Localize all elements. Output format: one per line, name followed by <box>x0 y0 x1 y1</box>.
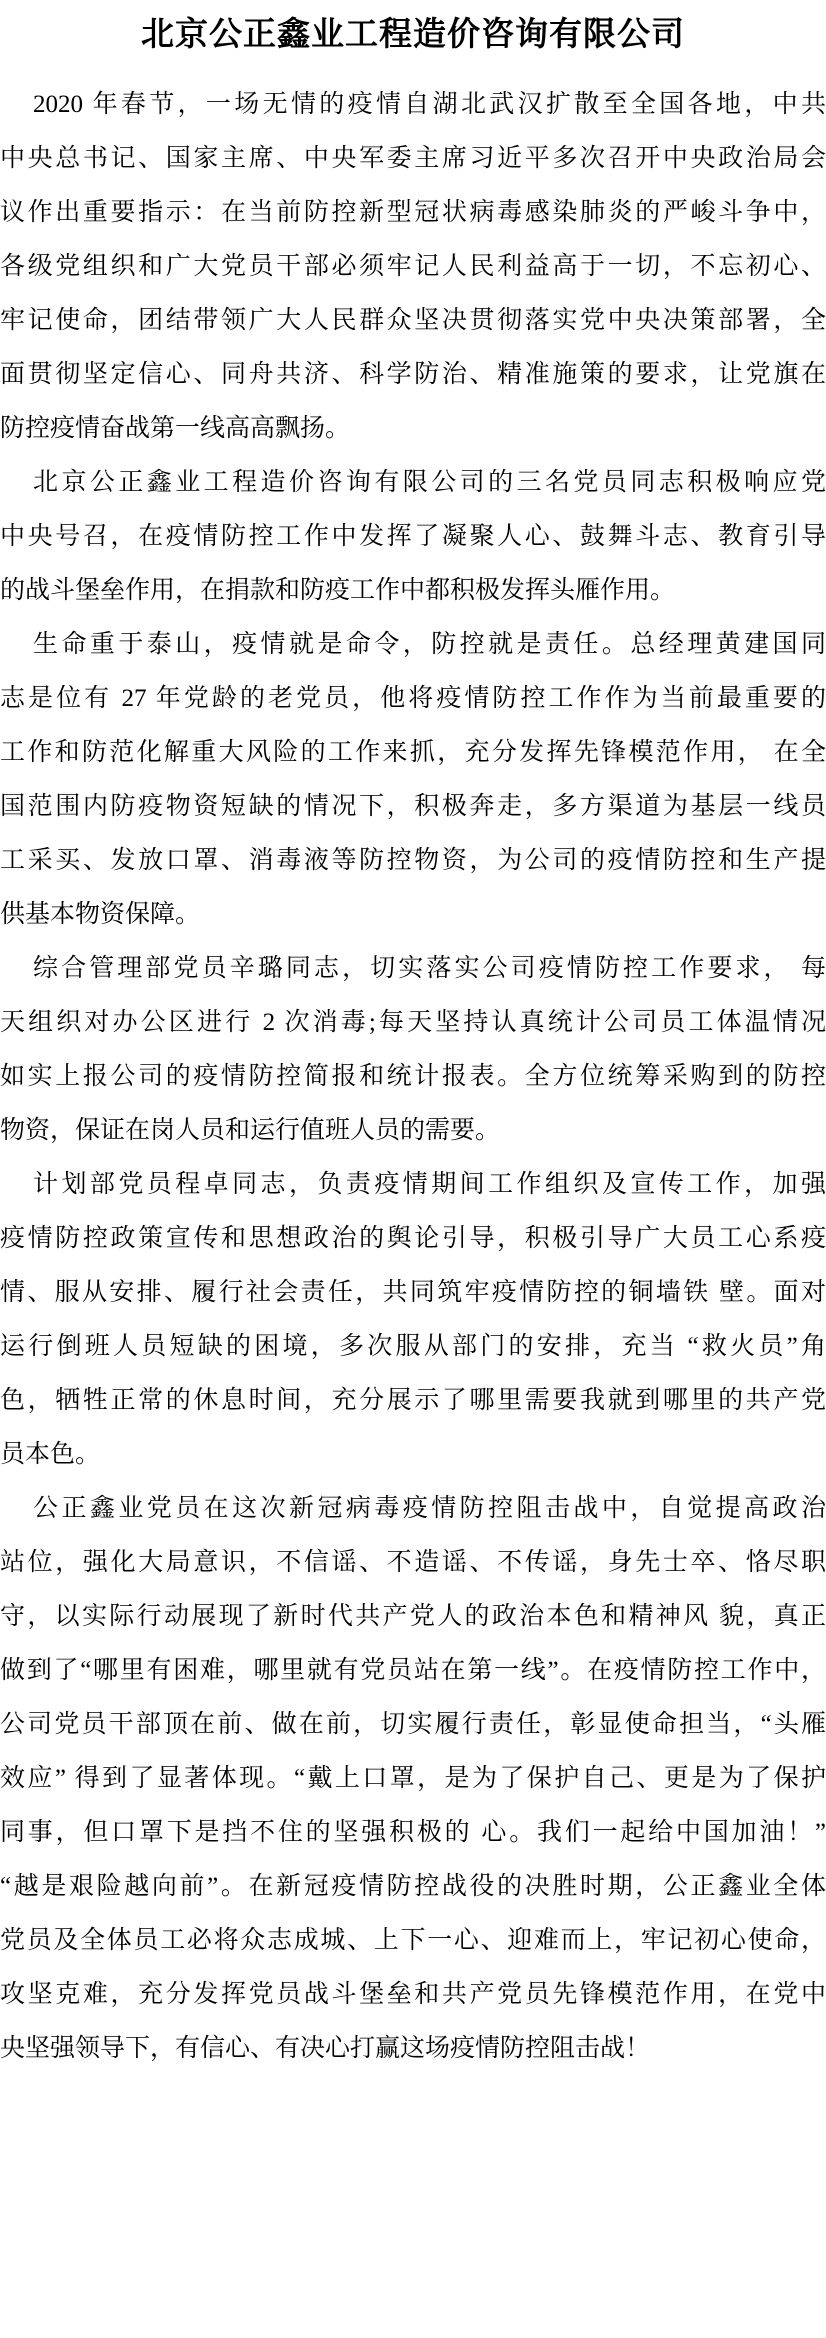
text-line: 的战斗堡垒作用，在捐款和防疫工作中都积极发挥头雁作用。 <box>0 564 826 618</box>
text-line: 疫情防控政策宣传和思想政治的舆论引导，积极引导广大员工心系疫 <box>0 1212 826 1266</box>
text-line: 综合管理部党员辛璐同志，切实落实公司疫情防控工作要求， 每 <box>0 942 826 996</box>
text-line: 党员及全体员工必将众志成城、上下一心、迎难而上，牢记初心使命， <box>0 1914 826 1968</box>
text-line: 志是位有 27 年党龄的老党员，他将疫情防控工作作为当前最重要的 <box>0 672 826 726</box>
text-line: 公司党员干部顶在前、做在前，切实履行责任，彰显使命担当，“头雁 <box>0 1698 826 1752</box>
text-line: 议作出重要指示：在当前防控新型冠状病毒感染肺炎的严峻斗争中， <box>0 186 826 240</box>
text-line: 北京公正鑫业工程造价咨询有限公司的三名党员同志积极响应党 <box>0 456 826 510</box>
text-line: 情、服从安排、履行社会责任，共同筑牢疫情防控的铜墙铁 壁。面对 <box>0 1266 826 1320</box>
text-line: 工作和防范化解重大风险的工作来抓，充分发挥先锋模范作用， 在全 <box>0 726 826 780</box>
text-line: 供基本物资保障。 <box>0 888 826 942</box>
text-line: 同事，但口罩下是挡不住的坚强积极的 心。我们一起给中国加油！” <box>0 1806 826 1860</box>
text-line: 如实上报公司的疫情防控简报和统计报表。全方位统筹采购到的防控 <box>0 1050 826 1104</box>
document-body: 2020 年春节，一场无情的疫情自湖北武汉扩散至全国各地，中共中央总书记、国家主… <box>0 78 826 2076</box>
text-line: 运行倒班人员短缺的困境，多次服从部门的安排，充当 “救火员”角 <box>0 1320 826 1374</box>
text-line: 中央号召，在疫情防控工作中发挥了凝聚人心、鼓舞斗志、教育引导 <box>0 510 826 564</box>
document-page: 北京公正鑫业工程造价咨询有限公司 2020 年春节，一场无情的疫情自湖北武汉扩散… <box>0 0 826 2338</box>
text-line: 员本色。 <box>0 1428 826 1482</box>
text-line: 生命重于泰山，疫情就是命令，防控就是责任。总经理黄建国同 <box>0 618 826 672</box>
text-line: 国范围内防疫物资短缺的情况下，积极奔走，多方渠道为基层一线员 <box>0 780 826 834</box>
text-line: 2020 年春节，一场无情的疫情自湖北武汉扩散至全国各地，中共 <box>0 78 826 132</box>
text-line: 工采买、发放口罩、消毒液等防控物资，为公司的疫情防控和生产提 <box>0 834 826 888</box>
text-line: 防控疫情奋战第一线高高飘扬。 <box>0 402 826 456</box>
text-line: 色，牺牲正常的休息时间，充分展示了哪里需要我就到哪里的共产党 <box>0 1374 826 1428</box>
text-line: 攻坚克难，充分发挥党员战斗堡垒和共产党员先锋模范作用，在党中 <box>0 1968 826 2022</box>
text-line: 计划部党员程卓同志，负责疫情期间工作组织及宣传工作，加强 <box>0 1158 826 1212</box>
document-title: 北京公正鑫业工程造价咨询有限公司 <box>0 0 826 58</box>
text-line: 物资，保证在岗人员和运行值班人员的需要。 <box>0 1104 826 1158</box>
text-line: 站位，强化大局意识，不信谣、不造谣、不传谣，身先士卒、恪尽职 <box>0 1536 826 1590</box>
text-line: 天组织对办公区进行 2 次消毒;每天坚持认真统计公司员工体温情况 <box>0 996 826 1050</box>
text-line: 各级党组织和广大党员干部必须牢记人民利益高于一切，不忘初心、 <box>0 240 826 294</box>
text-line: “越是艰险越向前”。在新冠疫情防控战役的决胜时期，公正鑫业全体 <box>0 1860 826 1914</box>
text-line: 面贯彻坚定信心、同舟共济、科学防治、精准施策的要求，让党旗在 <box>0 348 826 402</box>
text-line: 效应” 得到了显著体现。“戴上口罩，是为了保护自己、更是为了保护 <box>0 1752 826 1806</box>
text-line: 中央总书记、国家主席、中央军委主席习近平多次召开中央政治局会 <box>0 132 826 186</box>
text-line: 做到了“哪里有困难，哪里就有党员站在第一线”。在疫情防控工作中， <box>0 1644 826 1698</box>
text-line: 牢记使命，团结带领广大人民群众坚决贯彻落实党中央决策部署，全 <box>0 294 826 348</box>
text-line: 公正鑫业党员在这次新冠病毒疫情防控阻击战中，自觉提高政治 <box>0 1482 826 1536</box>
text-line: 央坚强领导下，有信心、有决心打赢这场疫情防控阻击战！ <box>0 2022 826 2076</box>
text-line: 守，以实际行动展现了新时代共产党人的政治本色和精神风 貌，真正 <box>0 1590 826 1644</box>
